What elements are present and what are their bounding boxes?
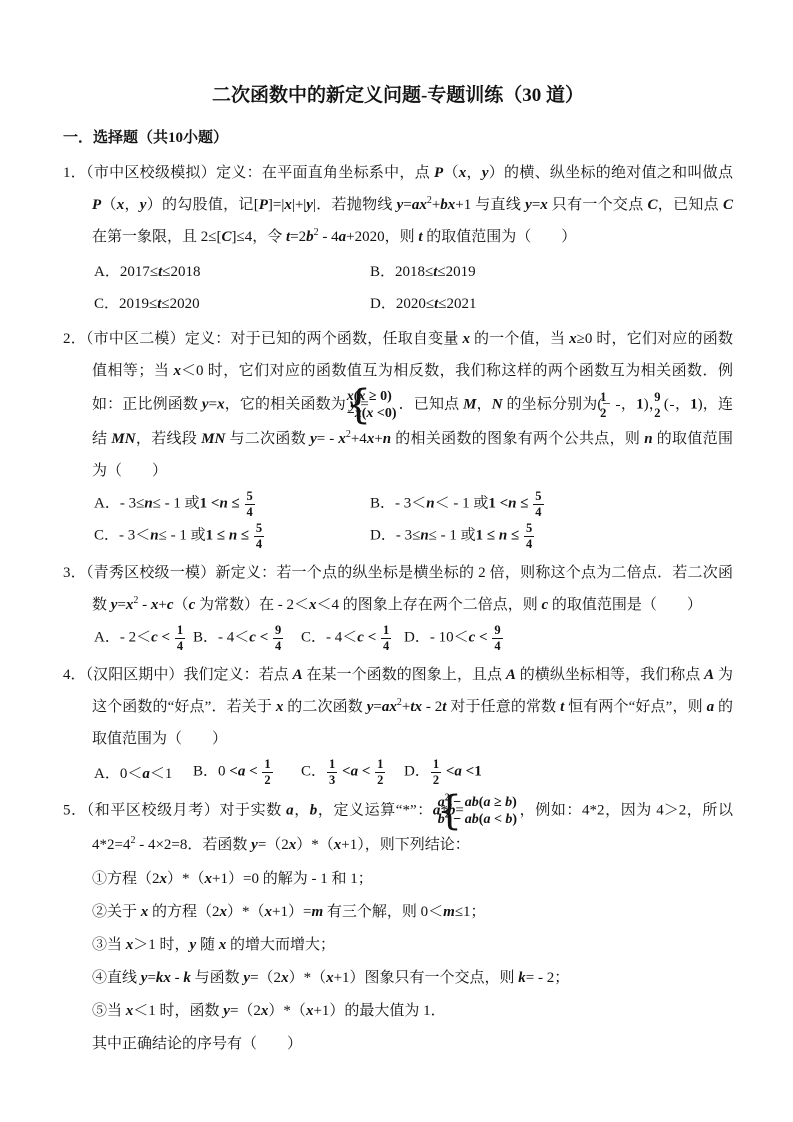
question-5-text: 5．（和平区校级月考）对于实数 a，b，定义运算“*”：a*b={a2 − ab… <box>63 793 733 861</box>
question-5: 5．（和平区校级月考）对于实数 a，b，定义运算“*”：a*b={a2 − ab… <box>63 793 733 1061</box>
question-1-text: 1．（市中区校级模拟）定义：在平面直角坐标系中，点 P（x，y）的横、纵坐标的绝… <box>63 157 733 253</box>
question-2-text: 2．（市中区二模）定义：对于已知的两个函数，任取自变量 x 的一个值，当 x≥0… <box>63 323 733 487</box>
fraction: 12 <box>375 758 385 786</box>
question-2-option-A: A．- 3≤n≤ - 1 或1 <n ≤ 54 <box>94 490 370 518</box>
fraction: 12 <box>616 391 620 419</box>
question-4: 4．（汉阳区期中）我们定义：若点 A 在某一个函数的图象上，且点 A 的横纵坐标… <box>63 659 733 787</box>
question-5-statement-6: 其中正确结论的序号有（ ） <box>63 1028 733 1061</box>
question-3-option-C: C．- 4＜c < 14 <box>301 624 404 652</box>
question-2-option-C: C．- 3＜n≤ - 1 或1 ≤ n ≤ 54 <box>94 522 370 550</box>
question-5-statement-1: ①方程（2x）*（x+1）=0 的解为 - 1 和 1； <box>63 863 733 896</box>
fraction: 54 <box>533 490 543 518</box>
question-1-options: A．2017≤t≤2018B．2018≤t≤2019C．2019≤t≤2020D… <box>63 255 733 317</box>
question-4-option-C: C．13 <a < 12 <box>301 758 404 786</box>
fraction: 13 <box>327 758 337 786</box>
fraction: 54 <box>245 490 255 518</box>
worksheet-page: 二次函数中的新定义问题-专题训练（30 道） 一．选择题（共10小题） 1．（市… <box>0 0 793 1122</box>
fraction: 54 <box>524 522 534 550</box>
fraction: 94 <box>273 624 283 652</box>
question-5-statement-2: ②关于 x 的方程（2x）*（x+1）=m 有三个解，则 0＜m≤1； <box>63 896 733 929</box>
question-3: 3．（青秀区校级一模）新定义：若一个点的纵坐标是横坐标的 2 倍，则称这个点为二… <box>63 557 733 653</box>
question-4-options: A．0＜a＜1B．0 <a < 12C．13 <a < 12D．12 <a <1 <box>63 757 733 787</box>
fraction: 54 <box>254 522 264 550</box>
question-4-option-D: D．12 <a <1 <box>404 758 482 786</box>
questions-list: 1．（市中区校级模拟）定义：在平面直角坐标系中，点 P（x，y）的横、纵坐标的绝… <box>63 157 733 1061</box>
fraction: 94 <box>492 624 502 652</box>
question-1: 1．（市中区校级模拟）定义：在平面直角坐标系中，点 P（x，y）的横、纵坐标的绝… <box>63 157 733 317</box>
question-1-option-B: B．2018≤t≤2019 <box>370 260 476 281</box>
question-3-options: A．- 2＜c < 14B．- 4＜c < 94C．- 4＜c < 14D．- … <box>63 623 733 653</box>
piecewise-formula: {x(x ≥ 0)−x(x <0) <box>375 387 397 423</box>
fraction: 92 <box>670 391 674 419</box>
fraction: 14 <box>381 624 391 652</box>
question-2-option-B: B．- 3＜n＜ - 1 或1 <n ≤ 54 <box>370 490 545 518</box>
question-5-statement-5: ⑤当 x＜1 时，函数 y=（2x）*（x+1）的最大值为 1． <box>63 995 733 1028</box>
section-heading: 一．选择题（共10小题） <box>63 127 733 149</box>
fraction: 14 <box>175 624 185 652</box>
question-2: 2．（市中区二模）定义：对于已知的两个函数，任取自变量 x 的一个值，当 x≥0… <box>63 323 733 551</box>
question-3-option-B: B．- 4＜c < 94 <box>193 624 301 652</box>
question-3-option-A: A．- 2＜c < 14 <box>94 624 193 652</box>
question-5-statement-4: ④直线 y=kx - k 与函数 y=（2x）*（x+1）图象只有一个交点，则 … <box>63 962 733 995</box>
fraction: 12 <box>262 758 272 786</box>
question-4-option-A: A．0＜a＜1 <box>94 762 193 783</box>
question-4-text: 4．（汉阳区期中）我们定义：若点 A 在某一个函数的图象上，且点 A 的横纵坐标… <box>63 659 733 755</box>
piecewise-formula: {a2 − ab(a ≥ b)b2 − ab(a < b) <box>466 793 517 829</box>
question-1-option-D: D．2020≤t≤2021 <box>370 292 476 313</box>
page-title: 二次函数中的新定义问题-专题训练（30 道） <box>63 80 733 107</box>
question-4-option-B: B．0 <a < 12 <box>193 758 301 786</box>
question-2-option-D: D．- 3≤n≤ - 1 或1 ≤ n ≤ 54 <box>370 522 535 550</box>
question-2-options: A．- 3≤n≤ - 1 或1 <n ≤ 54B．- 3＜n＜ - 1 或1 <… <box>63 489 733 551</box>
question-1-option-A: A．2017≤t≤2018 <box>94 260 370 281</box>
question-3-text: 3．（青秀区校级一模）新定义：若一个点的纵坐标是横坐标的 2 倍，则称这个点为二… <box>63 557 733 621</box>
question-1-option-C: C．2019≤t≤2020 <box>94 292 370 313</box>
fraction: 12 <box>431 758 441 786</box>
question-3-option-D: D．- 10＜c < 94 <box>404 624 504 652</box>
question-5-statement-3: ③当 x＞1 时，y 随 x 的增大而增大； <box>63 929 733 962</box>
